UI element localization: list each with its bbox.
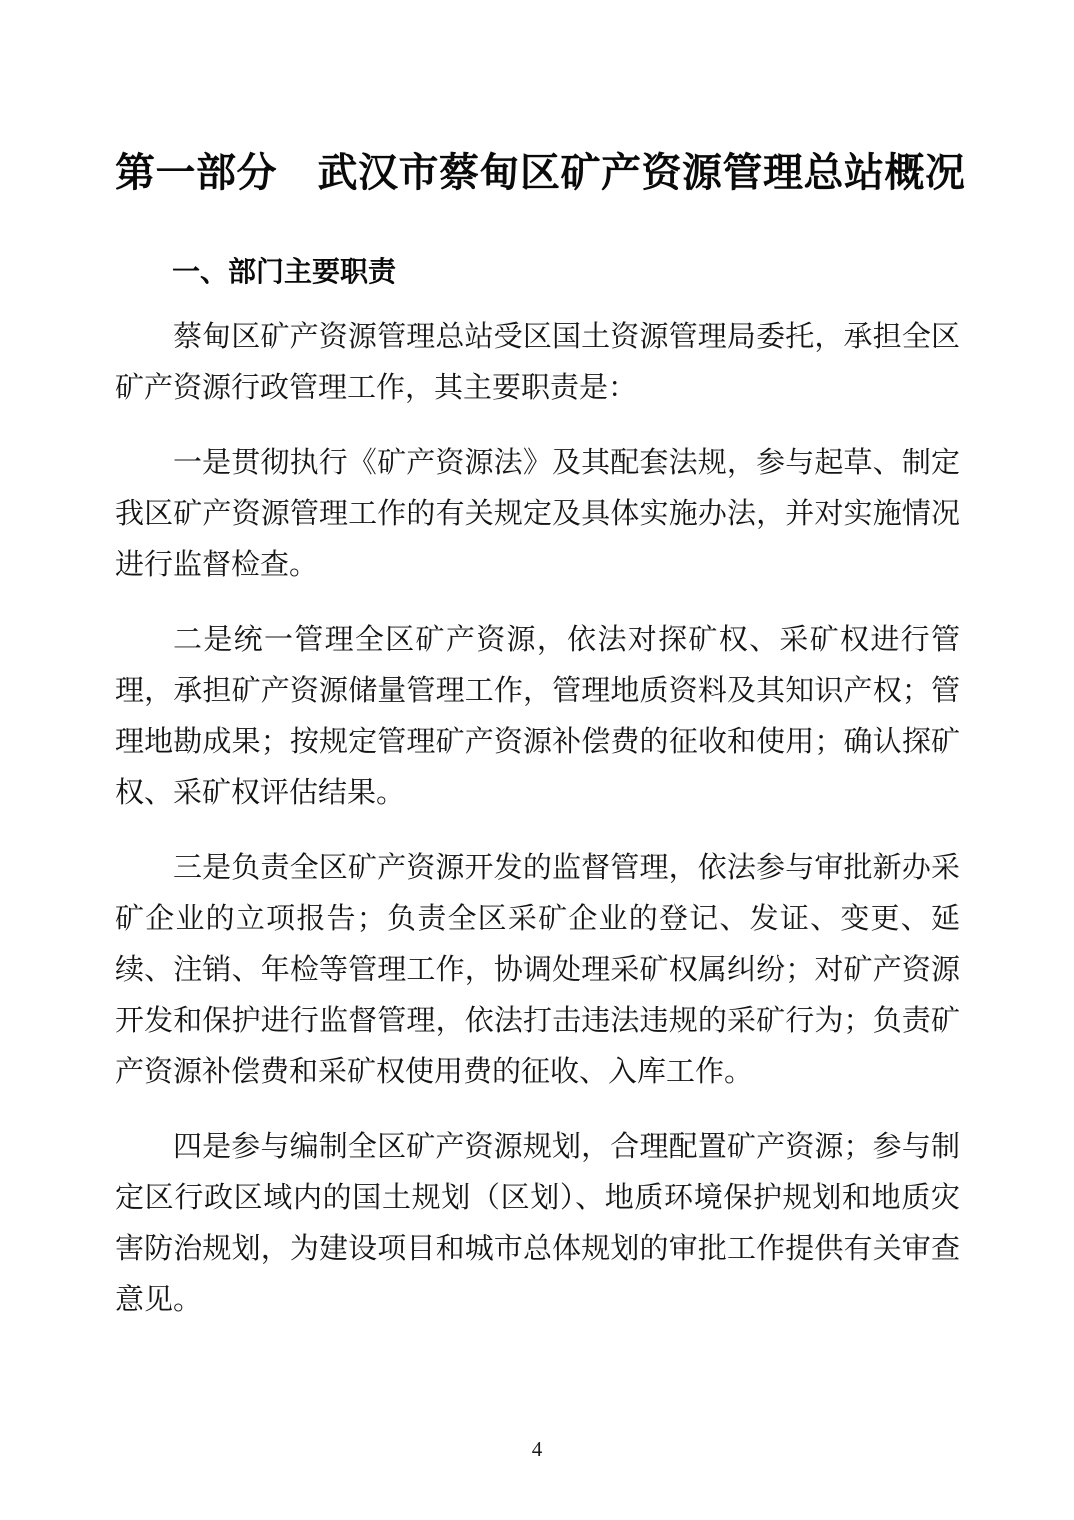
- body-paragraph: 四是参与编制全区矿产资源规划，合理配置矿产资源；参与制定区行政区域内的国土规划（…: [115, 1122, 960, 1326]
- document-page: 第一部分 武汉市蔡甸区矿产资源管理总站概况 一、部门主要职责 蔡甸区矿产资源管理…: [0, 0, 1074, 1520]
- section-heading: 一、部门主要职责: [115, 256, 960, 288]
- body-paragraph: 二是统一管理全区矿产资源，依法对探矿权、采矿权进行管理，承担矿产资源储量管理工作…: [115, 615, 960, 819]
- body-paragraph: 蔡甸区矿产资源管理总站受区国土资源管理局委托，承担全区矿产资源行政管理工作，其主…: [115, 312, 960, 414]
- body-paragraph: 一是贯彻执行《矿产资源法》及其配套法规，参与起草、制定我区矿产资源管理工作的有关…: [115, 438, 960, 591]
- document-title: 第一部分 武汉市蔡甸区矿产资源管理总站概况: [115, 150, 960, 196]
- document-body: 蔡甸区矿产资源管理总站受区国土资源管理局委托，承担全区矿产资源行政管理工作，其主…: [115, 312, 960, 1326]
- page-number: 4: [0, 1436, 1074, 1462]
- body-paragraph: 三是负责全区矿产资源开发的监督管理，依法参与审批新办采矿企业的立项报告；负责全区…: [115, 843, 960, 1098]
